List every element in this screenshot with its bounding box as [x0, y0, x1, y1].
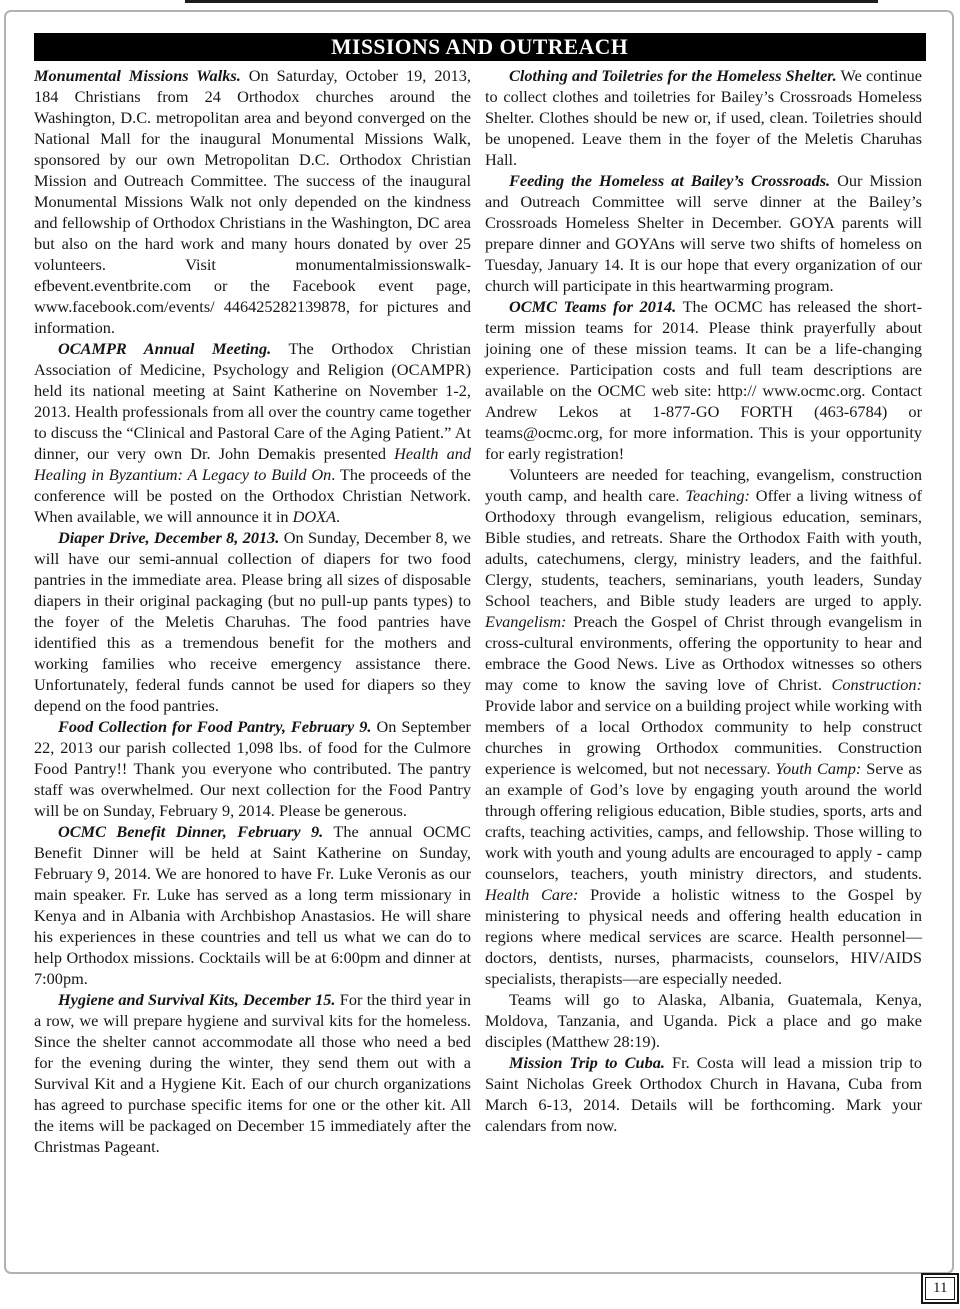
text-segment: Health Care: — [485, 885, 578, 904]
paragraph: OCAMPR Annual Meeting. The Orthodox Chri… — [34, 338, 471, 527]
section-title: MISSIONS AND OUTREACH — [332, 33, 629, 61]
column-right: Clothing and Toiletries for the Homeless… — [485, 65, 922, 1157]
text-segment: On Saturday, October 19, 2013, 184 Chris… — [34, 66, 471, 337]
text-segment: . — [336, 507, 340, 526]
text-segment: Teaching: — [685, 486, 750, 505]
paragraph: OCMC Benefit Dinner, February 9. The ann… — [34, 821, 471, 989]
paragraph-lead: Food Collection for Food Pantry, Februar… — [58, 717, 371, 736]
paragraph-lead: Clothing and Toiletries for the Homeless… — [509, 66, 837, 85]
text-segment: Construction: — [832, 675, 922, 694]
text-segment: DOXA — [293, 507, 336, 526]
text-segment: The annual OCMC Benefit Dinner will be h… — [34, 822, 471, 988]
paragraph-lead: OCMC Benefit Dinner, February 9. — [58, 822, 323, 841]
text-segment: Youth Camp: — [775, 759, 861, 778]
paragraph: OCMC Teams for 2014. The OCMC has releas… — [485, 296, 922, 464]
newsletter-page: MISSIONS AND OUTREACH Monumental Mission… — [0, 0, 960, 1309]
paragraph: Feeding the Homeless at Bailey’s Crossro… — [485, 170, 922, 296]
paragraph: Hygiene and Survival Kits, December 15. … — [34, 989, 471, 1157]
paragraph-lead: Monumental Missions Walks. — [34, 66, 241, 85]
paragraph: Monumental Missions Walks. On Saturday, … — [34, 65, 471, 338]
text-segment: For the third year in a row, we will pre… — [34, 990, 471, 1156]
paragraph: Mission Trip to Cuba. Fr. Costa will lea… — [485, 1052, 922, 1136]
paragraph: Volunteers are needed for teaching, evan… — [485, 464, 922, 989]
page-number: 11 — [925, 1277, 955, 1300]
page-number-box: 11 — [921, 1273, 959, 1304]
text-segment: On Sunday, December 8, we will have our … — [34, 528, 471, 715]
paragraph: Teams will go to Alaska, Albania, Guatem… — [485, 989, 922, 1052]
paragraph-lead: Feeding the Homeless at Bailey’s Crossro… — [509, 171, 830, 190]
text-segment: Evangelism: — [485, 612, 566, 631]
paragraph: Food Collection for Food Pantry, Februar… — [34, 716, 471, 821]
paragraph-lead: Diaper Drive, December 8, 2013. — [58, 528, 279, 547]
text-segment: The OCMC has released the short-term mis… — [485, 297, 922, 463]
two-column-body: Monumental Missions Walks. On Saturday, … — [34, 65, 922, 1157]
scan-edge-artifact — [185, 0, 878, 3]
paragraph-lead: Mission Trip to Cuba. — [509, 1053, 665, 1072]
section-header-band: MISSIONS AND OUTREACH — [34, 33, 926, 61]
paragraph: Diaper Drive, December 8, 2013. On Sunda… — [34, 527, 471, 716]
paragraph-lead: OCAMPR Annual Meeting. — [58, 339, 271, 358]
paragraph-lead: OCMC Teams for 2014. — [509, 297, 676, 316]
text-segment: Teams will go to Alaska, Albania, Guatem… — [485, 990, 922, 1051]
column-left: Monumental Missions Walks. On Saturday, … — [34, 65, 471, 1157]
paragraph-lead: Hygiene and Survival Kits, December 15. — [58, 990, 336, 1009]
paragraph: Clothing and Toiletries for the Homeless… — [485, 65, 922, 170]
